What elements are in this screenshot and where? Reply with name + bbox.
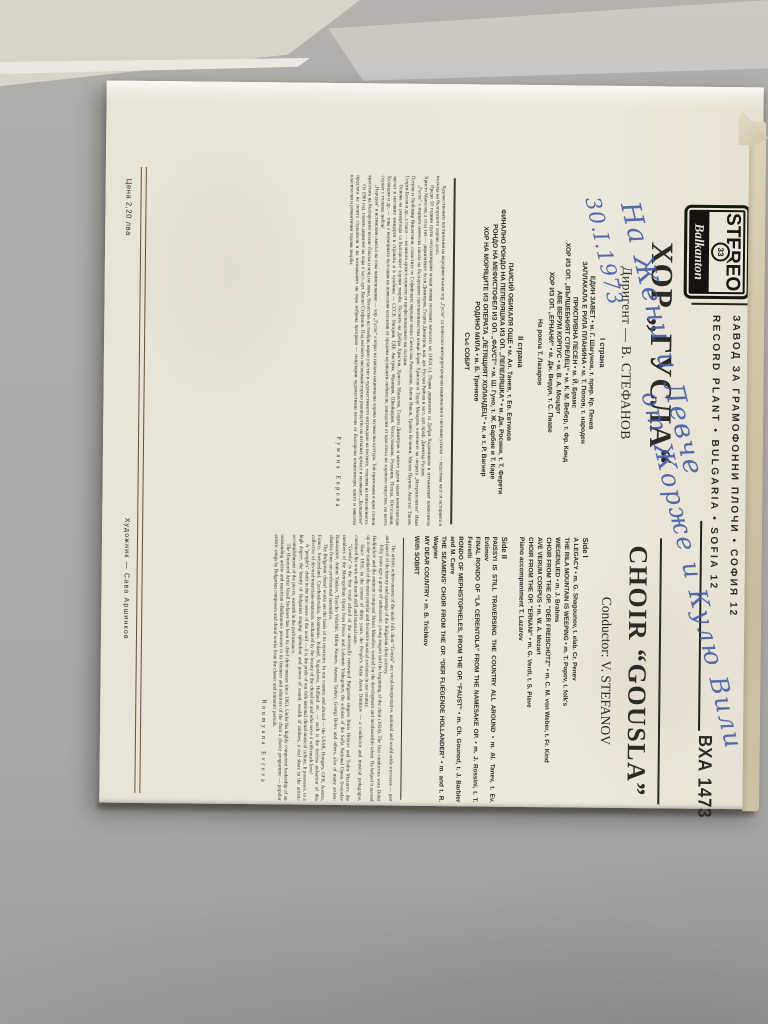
liner-notes-bulgarian: Художествените постижения на народния мъ… [345, 175, 447, 526]
background-paper-top-right [328, 0, 768, 95]
notes-paragraph: The Bulgarian choral works are the basis… [307, 535, 328, 801]
notes-paragraph: A “people's” choir in the true sense of … [289, 535, 310, 801]
track-line: PAISSYI IS STILL TRAVERSING THE COUNTRY … [479, 537, 498, 803]
notes-paragraph: Fifty years ago a group of enthusiastic … [362, 535, 383, 801]
record-sleeve: STEREO 33 Balkanton ЗАВОД ЗА ГРАМОФОННИ … [99, 81, 764, 810]
sleeve-back-content: STEREO 33 Balkanton ЗАВОД ЗА ГРАМОФОННИ … [99, 81, 764, 810]
notes-paragraph: „Гусла“ е първата певческа школа на бълг… [400, 176, 422, 526]
rpm-33-badge: 33 [711, 242, 730, 261]
side2-footer-en: With SOBRT [411, 536, 421, 802]
side1-header-en: Side I [578, 538, 590, 804]
notes-paragraph: От 1961 год. главен диригент на хора е з… [345, 175, 367, 525]
plant-line-english: RECORD PLANT • BULGARIA • SOFIA 12 [707, 315, 721, 591]
side1-tracklist-en: A LEGACY • m. G. Shagounov, t. elab. Cr.… [524, 537, 579, 804]
author-signature-bulgarian: Румяна Еврева [334, 175, 345, 525]
notes-paragraph: “Gousla” is the first vocal school of th… [325, 535, 352, 801]
balkanton-logo-text: Balkanton [690, 211, 710, 293]
track-line: RONDO OF MEPHISTOPHELES, FROM THE OP. “F… [445, 536, 464, 802]
track-line: A LEGACY • m. G. Shagounov, t. elab. Cr.… [568, 537, 579, 803]
english-column: CHOIR “GOUSLA” Conductor: V. STEFANOV Si… [259, 534, 662, 804]
logo-divider-rule [691, 303, 751, 306]
track-line: FINAL RONDO OF “LA CERENTOLA” FROM THE N… [462, 536, 481, 802]
plant-line-bulgarian: ЗАВОД ЗА ГРАМОФОННИ ПЛОЧИ • СОФИЯ 12 [727, 315, 741, 617]
tracklist-separator-rule [450, 178, 455, 524]
paper-stain [130, 121, 333, 423]
side2-tracklist-en: PAISSYI IS STILL TRAVERSING THE COUNTRY … [420, 536, 498, 803]
choir-title-english: CHOIR “GOUSLA” [620, 538, 653, 804]
notes-paragraph: The Honoured Artist Vassil Stefanov has … [270, 534, 291, 800]
balkanton-stereo-logo: STEREO 33 Balkanton [684, 205, 751, 300]
author-signature-english: Roumyana Evreva [259, 534, 269, 800]
cover-artist-credit: Художник — Сава Аршинков [121, 459, 131, 699]
tracklist-separator-rule [400, 538, 404, 800]
liner-notes-english: The artistic achievements of the male fo… [270, 534, 396, 801]
side2-header-en: Side II [497, 537, 509, 803]
side1-footer-en: Piano accompaniment T. Lazarov [515, 537, 525, 803]
conductor-line-english: Conductor: V. STEFANOV [596, 538, 615, 804]
photo-scene: STEREO 33 Balkanton ЗАВОД ЗА ГРАМОФОННИ … [0, 0, 768, 1024]
notes-paragraph: Основа на репертоара са българските хоро… [376, 175, 404, 525]
track-line: THE SEAMENS' CHOIR FROM THE OP. “DER FLI… [429, 536, 448, 802]
price-label: Цена 2,20 лва [124, 179, 134, 236]
side2-tracklist-bg: ПАИСИЙ ОБИКАЛЯ ОЩЕ • м. Ал. Танев, т. Ев… [470, 176, 515, 526]
side2-header-bg: II страна [514, 177, 527, 527]
catalog-number: ВХА 1473 [692, 735, 715, 819]
